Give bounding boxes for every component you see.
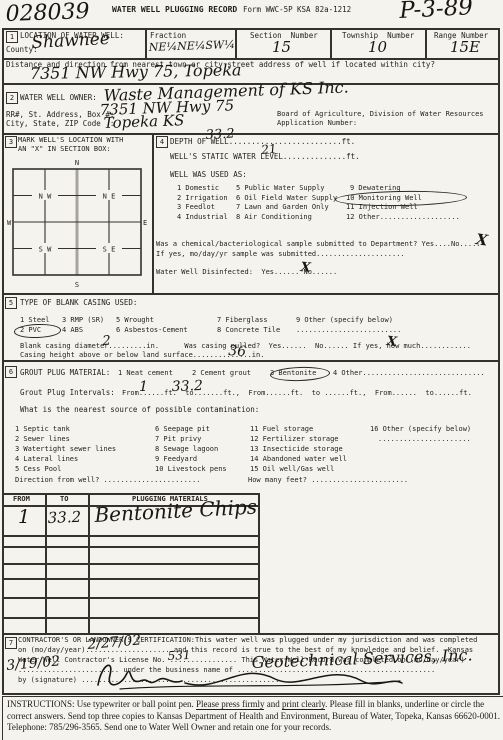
instructions-text-mid: and <box>264 699 282 709</box>
sec1-col-divider-1 <box>145 28 147 58</box>
owner-address-label: RR#, St. Address, Box #: <box>6 111 114 119</box>
use-option: 12 Other................... <box>346 214 460 222</box>
contamination-option-other: 16 Other (specify below) <box>370 426 471 434</box>
table-header-from: FROM <box>13 496 30 504</box>
county-value: Shawnee <box>31 31 110 52</box>
casing-pulled-no-mark: X <box>386 335 397 349</box>
casing-option: 7 Fiberglass <box>217 317 268 325</box>
table-from-value: 1 <box>18 508 30 527</box>
contamination-option: 8 Sewage lagoon <box>155 446 218 454</box>
sec1-col-divider-3 <box>330 28 332 58</box>
section-box-title-1: MARK WELL'S LOCATION WITH <box>18 137 123 145</box>
casing-option: 3 RMP (SR) <box>62 317 104 325</box>
grout-option: 1 Neat cement <box>118 370 173 378</box>
divider-table-bottom <box>2 633 500 635</box>
use-option: 2 Irrigation <box>177 195 228 203</box>
compass-e-label: E <box>143 219 147 227</box>
section-5-number: 5 <box>5 297 17 309</box>
form-number-label: Form WWC-5P <box>243 6 293 14</box>
use-option: 8 Air Conditioning <box>236 214 312 222</box>
compass-n-label: N <box>75 159 79 167</box>
table-row-border <box>2 597 258 599</box>
township-number-value: 10 <box>368 40 387 55</box>
chem-sample-no-mark: X <box>475 232 489 248</box>
range-number-value: 15E <box>450 40 480 55</box>
contamination-option: 7 Pit privy <box>155 436 201 444</box>
owner-city-label: City, State, ZIP Code : <box>6 120 114 128</box>
use-option: 7 Lawn and Garden Only <box>236 204 329 212</box>
distance-answer: 7351 NW Hwy 75, Topeka <box>30 62 242 82</box>
quadrant-se-label: S E <box>103 246 116 254</box>
form-title: WATER WELL PLUGGING RECORD <box>112 6 237 15</box>
static-level-value: 21 <box>261 142 277 156</box>
instructions-underlined-2: print clearly <box>282 699 325 710</box>
contamination-option: 1 Septic tank <box>15 426 70 434</box>
compass-w-label: W <box>7 219 12 227</box>
handwritten-serial-number: 028039 <box>5 1 90 26</box>
divider-sec4 <box>2 293 500 295</box>
table-row-border <box>2 617 258 619</box>
application-number-label: Application Number: <box>277 120 357 128</box>
section-4-number: 4 <box>156 136 168 148</box>
section-1-number: 1 <box>6 31 18 43</box>
table-border-right <box>258 493 260 633</box>
disinfected-no-mark: X <box>300 261 311 275</box>
grout-option: 2 Cement grout <box>192 370 251 378</box>
quadrant-sw-label: S W <box>39 246 52 254</box>
handwritten-file-code: P-3-89 <box>399 0 474 23</box>
agency-name: Board of Agriculture, Division of Water … <box>277 111 484 119</box>
table-border-top <box>2 493 258 495</box>
use-option: 3 Feedlot <box>177 204 215 212</box>
grout-option: 4 Other............................. <box>333 370 485 378</box>
quadrant-nw-label: N W <box>39 193 52 201</box>
table-row-border <box>2 578 258 580</box>
chem-sample-date-line: If yes, mo/day/yr sample was submitted..… <box>156 251 405 259</box>
section-box-title-2: AN "X" IN SECTION BOX: <box>18 146 111 154</box>
contamination-option: 13 Insecticide storage <box>250 446 343 454</box>
contamination-option: 15 Oil well/Gas well <box>250 466 334 474</box>
contamination-option: 5 Cess Pool <box>15 466 61 474</box>
interval-from-value: 1 <box>139 380 148 394</box>
grout-intervals-label: Grout Plug Intervals: <box>20 389 115 397</box>
section-2-number: 2 <box>6 92 18 104</box>
water-well-plugging-record-form: 028039 WATER WELL PLUGGING RECORD Form W… <box>0 0 503 740</box>
table-row-border <box>2 546 258 548</box>
casing-other-dots: ......................... <box>296 327 401 335</box>
table-row-border <box>2 535 258 537</box>
casing-option: 5 Wrought <box>116 317 154 325</box>
pvc-circle-mark <box>14 323 61 338</box>
owner-title: WATER WELL OWNER: <box>20 94 97 102</box>
contamination-option: 14 Abandoned water well <box>250 456 347 464</box>
divider-sec5 <box>2 360 500 362</box>
casing-option: 4 ABS <box>62 327 83 335</box>
contamination-option: 6 Seepage pit <box>155 426 210 434</box>
contamination-option: 11 Fuel storage <box>250 426 313 434</box>
direction-from-well-line: Direction from well? ...................… <box>15 477 200 485</box>
divider-sec7-bottom <box>2 693 500 695</box>
casing-title: TYPE OF BLANK CASING USED: <box>20 299 137 307</box>
section-number-value: 15 <box>272 40 291 55</box>
contamination-option: 10 Livestock pens <box>155 466 227 474</box>
contamination-option: 3 Watertight sewer lines <box>15 446 116 454</box>
instructions-underlined-1: Please press firmly <box>196 699 264 710</box>
compass-s-label: S <box>75 281 79 289</box>
contractor-signature <box>90 655 410 693</box>
use-option: 5 Public Water Supply <box>236 185 325 193</box>
statute-label: KSA 82a-1212 <box>297 6 351 14</box>
divider-sec3-sec4 <box>152 133 154 293</box>
table-to-value: 33.2 <box>47 510 81 526</box>
use-option: 6 Oil Field Water Supply <box>236 195 337 203</box>
divider-sec2 <box>2 133 500 135</box>
contamination-option: 9 Feedyard <box>155 456 197 464</box>
contamination-question: What is the nearest source of possible c… <box>20 406 259 414</box>
table-header-to: TO <box>60 496 68 504</box>
quadrant-ne-label: N E <box>103 193 116 201</box>
table-material-value: Bentonite Chips <box>94 497 257 525</box>
casing-height-value: 36 <box>228 344 247 359</box>
sec1-col-divider-4 <box>425 28 427 58</box>
casing-diameter-value: 2 <box>102 334 111 348</box>
sec1-col-divider-2 <box>235 28 237 58</box>
interval-to-value: 33.2 <box>172 379 204 394</box>
section-6-number: 6 <box>5 366 17 378</box>
use-option: 1 Domestic <box>177 185 219 193</box>
depth-value: 33.2 <box>205 128 235 142</box>
casing-option: 9 Other (specify below) <box>296 317 393 325</box>
section-grid-diagram: N N W N E S W S E W E S <box>6 155 148 291</box>
grout-material-label: GROUT PLUG MATERIAL: <box>20 369 110 377</box>
chem-sample-question: Was a chemical/bacteriological sample su… <box>156 241 481 249</box>
casing-option: 8 Concrete Tile <box>217 327 280 335</box>
casing-option: 6 Asbestos-Cement <box>116 327 188 335</box>
instructions-footer: INSTRUCTIONS: Use typewriter or ball poi… <box>2 696 503 740</box>
fraction-value: NE¼NE¼SW¼ <box>149 39 235 53</box>
instructions-text-pre: INSTRUCTIONS: Use typewriter or ball poi… <box>7 699 196 709</box>
how-many-feet-line: How many feet? ....................... <box>248 477 408 485</box>
contamination-option: 4 Lateral lines <box>15 456 78 464</box>
contamination-option: 12 Fertilizer storage <box>250 436 339 444</box>
owner-city-value: Topeka KS <box>103 113 184 131</box>
section-7-number: 7 <box>5 637 17 649</box>
use-option: 4 Industrial <box>177 214 228 222</box>
table-row-border <box>2 563 258 565</box>
contamination-option: 2 Sewer lines <box>15 436 70 444</box>
used-as-label: WELL WAS USED AS: <box>170 171 247 179</box>
section-3-number: 3 <box>5 136 17 148</box>
contamination-other-dots: ...................... <box>378 436 471 444</box>
